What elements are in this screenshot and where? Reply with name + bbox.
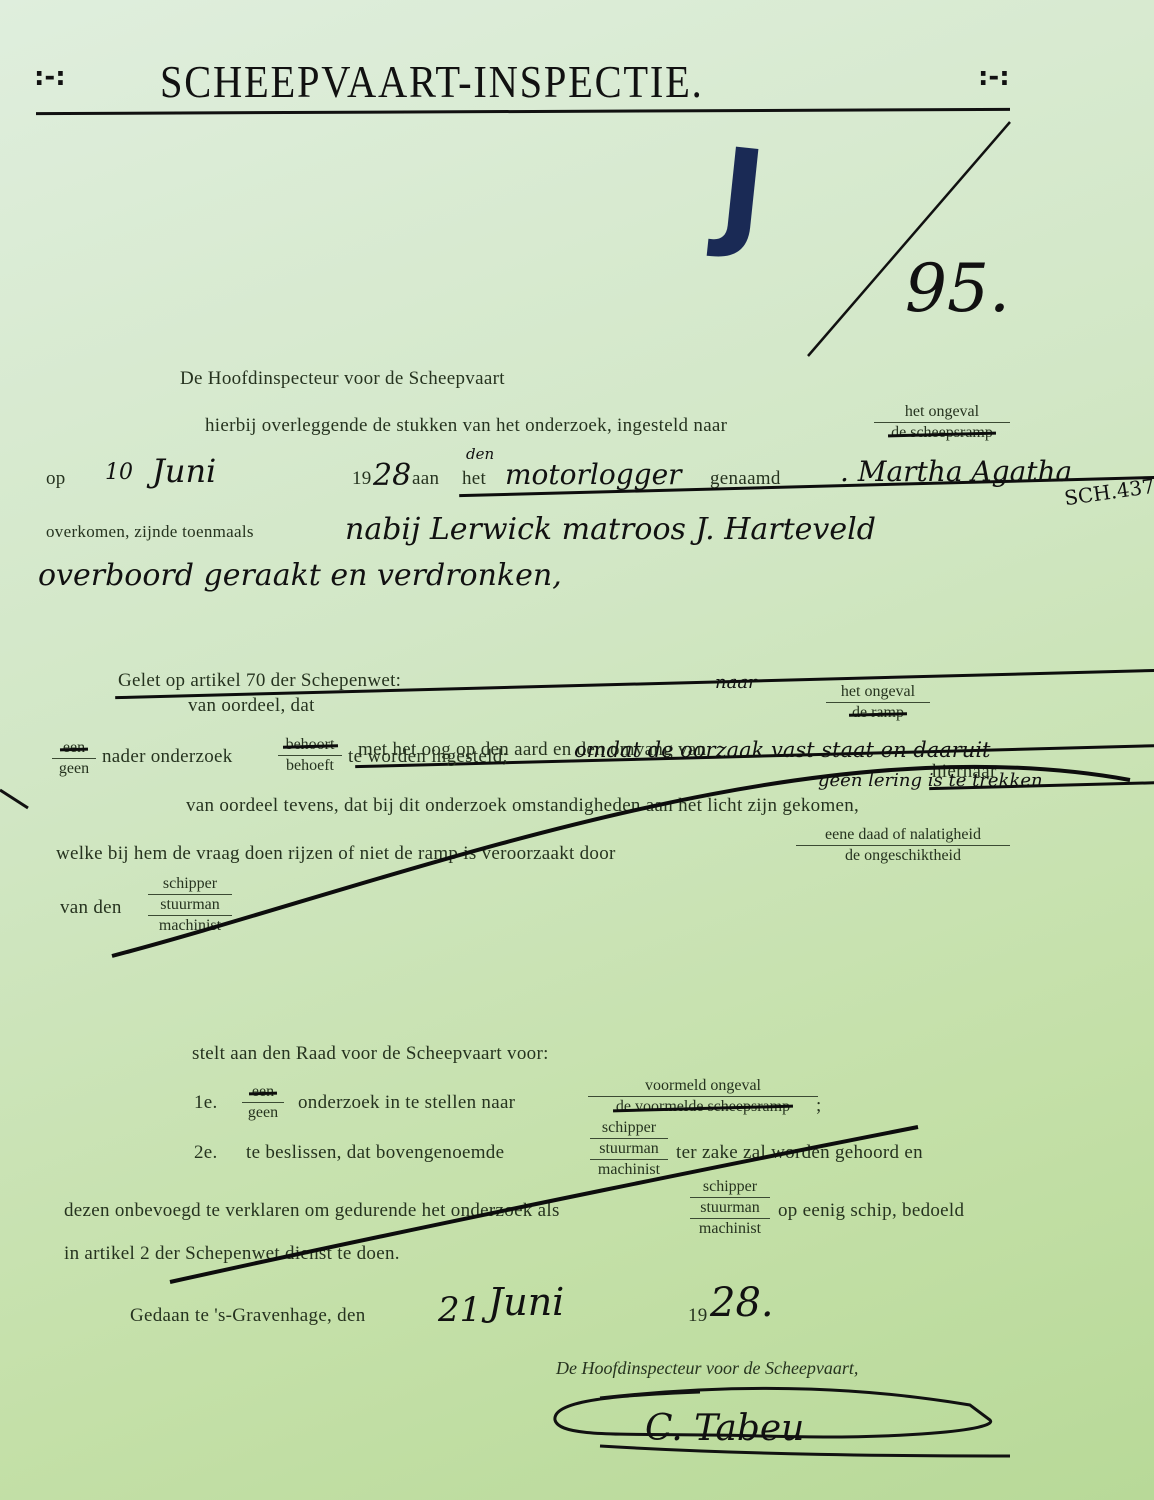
closing-year-prefix: 19 — [688, 1305, 708, 1327]
item1-number: 1e. — [194, 1092, 218, 1114]
item2-text: te beslissen, dat bovengenoemde — [246, 1142, 504, 1164]
item2-roles: schipper stuurman machinist — [590, 1118, 668, 1180]
oordeel-label: van oordeel, dat — [188, 695, 315, 717]
incident-day: 10 — [105, 460, 133, 485]
role-option: schipper — [703, 1177, 757, 1197]
item2-line2-end: op eenig schip, bedoeld — [778, 1200, 964, 1222]
choice-option: geen — [59, 759, 89, 779]
closing-year: 28. — [710, 1280, 774, 1326]
role-option: stuurman — [160, 895, 220, 915]
role-option: stuurman — [700, 1198, 760, 1218]
item1-target: voormeld ongeval de voormelde scheepsram… — [588, 1076, 818, 1117]
header-ornament-right: :-: — [978, 62, 1010, 92]
overkomen-label: overkomen, zijnde toenmaals — [46, 522, 254, 542]
incident-year: 28 — [373, 458, 411, 493]
choice-option-struck: de scheepsramp — [891, 423, 993, 443]
role-option: machinist — [159, 916, 221, 936]
item2-roles-b: schipper stuurman machinist — [690, 1177, 770, 1239]
choice-option-struck: de voormelde scheepsramp — [616, 1097, 790, 1117]
closing-month: Juni — [488, 1280, 564, 1324]
item1-choice: een geen — [242, 1082, 284, 1123]
nader-label: nader onderzoek — [102, 746, 233, 768]
intro-line: hierbij overleggende de stukken van het … — [205, 415, 727, 437]
edge-mark — [0, 790, 28, 808]
reason-line-2: geen lering is te trekken — [818, 770, 1043, 791]
gedaan-label: Gedaan te 's-Gravenhage, den — [130, 1305, 366, 1327]
choice-option-struck: een — [252, 1082, 274, 1102]
closing-day: 21 — [438, 1290, 481, 1330]
stelt-label: stelt aan den Raad voor de Scheepvaart v… — [192, 1043, 549, 1065]
incident-description-2: overboord geraakt en verdronken, — [38, 558, 562, 593]
choice-option: het ongeval — [841, 682, 915, 702]
oordeel-inserted: naar — [715, 672, 757, 693]
welke-label: welke bij hem de vraag doen rijzen of ni… — [56, 843, 616, 865]
item2-text-end: ter zake zal worden gehoord en — [676, 1142, 923, 1164]
choice-option-struck: de ramp — [852, 703, 904, 723]
choice-option-struck: behoort — [286, 735, 335, 755]
tevens-label: van oordeel tevens, dat bij dit onderzoe… — [186, 795, 859, 817]
choice-option-struck: een — [63, 738, 85, 758]
year-prefix: 19 — [352, 468, 372, 490]
header-rule — [36, 108, 1010, 115]
addressee: De Hoofdinspecteur voor de Scheepvaart — [180, 368, 505, 390]
item1-text: onderzoek in te stellen naar — [298, 1092, 515, 1114]
role-option: machinist — [598, 1160, 660, 1180]
signatory-title: De Hoofdinspecteur voor de Scheepvaart, — [556, 1358, 858, 1379]
file-number: 95. — [905, 250, 1010, 327]
role-option: machinist — [699, 1219, 761, 1239]
choice-option: het ongeval — [905, 402, 979, 422]
ingesteld-label: te worden ingesteld; — [348, 746, 508, 768]
genaamd-label: genaamd — [710, 468, 781, 490]
incident-description-1: nabij Lerwick matroos J. Harteveld — [345, 512, 876, 547]
header-ornament-left: :-: — [34, 62, 66, 92]
item2-number: 2e. — [194, 1142, 218, 1164]
choice-cause: eene daad of nalatigheid de ongeschikthe… — [796, 825, 1010, 866]
op-label: op — [46, 468, 66, 490]
role-option: stuurman — [599, 1139, 659, 1159]
vessel-type: motorlogger — [505, 458, 682, 491]
role-option: schipper — [163, 874, 217, 894]
choice-option: behoeft — [286, 756, 334, 776]
article-inserted: den — [466, 445, 494, 463]
page-title: SCHEEPVAART-INSPECTIE. — [160, 55, 703, 108]
aan-label: aan — [412, 468, 439, 490]
choice-option: voormeld ongeval — [645, 1076, 761, 1096]
item2-line3: in artikel 2 der Schepenwet dienst te do… — [64, 1243, 400, 1265]
role-option: schipper — [602, 1118, 656, 1138]
choice-roles: schipper stuurman machinist — [148, 874, 232, 936]
choice-option: de ongeschiktheid — [845, 846, 961, 866]
incident-month: Juni — [152, 452, 216, 490]
choice-consideration-type: het ongeval de ramp — [826, 682, 930, 723]
choice-een-geen: een geen — [52, 738, 96, 779]
reason-line-1: omdat de oorzaak vast staat en daaruit — [574, 738, 990, 762]
choice-behoort: behoort behoeft — [278, 735, 342, 776]
choice-incident-type: het ongeval de scheepsramp — [874, 402, 1010, 443]
van-den-label: van den — [60, 897, 122, 919]
gelet-struck: Gelet op artikel 70 der Schepenwet: — [118, 670, 1154, 692]
vessel-name: . Martha Agatha — [840, 455, 1072, 488]
choice-option: eene daad of nalatigheid — [825, 825, 981, 845]
item2-line2-start: dezen onbevoegd te verklaren om gedurend… — [64, 1200, 560, 1222]
item1-end: ; — [816, 1095, 822, 1117]
choice-option: geen — [248, 1103, 278, 1123]
file-letter-stamp: J — [713, 123, 772, 266]
signature: C. Tabeu — [645, 1408, 804, 1449]
